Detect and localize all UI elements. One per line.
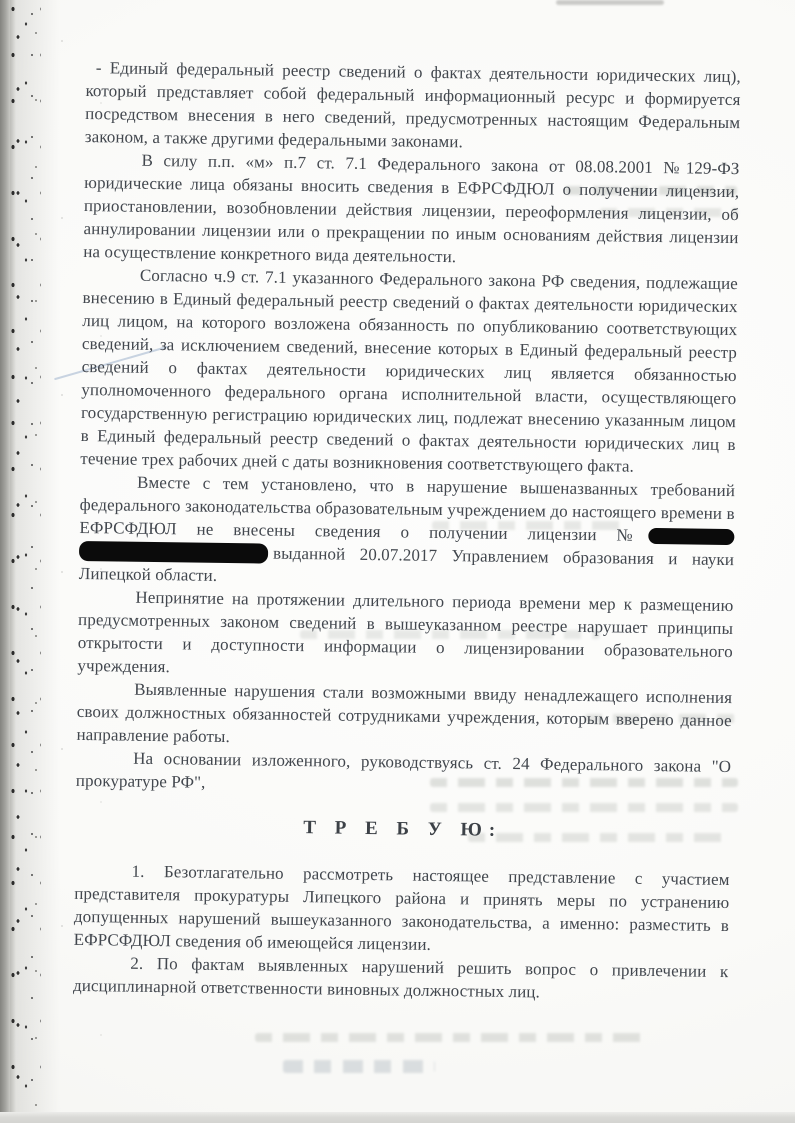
paragraph-article-7-1-part9: Согласно ч.9 ст. 7.1 указанного Федераль… — [80, 263, 738, 479]
paragraph-violation-found: Вместе с тем установлено, что в нарушени… — [79, 470, 736, 594]
paragraph-cause-of-violations: Выявленные нарушения стали возможными вв… — [76, 677, 732, 755]
top-edge-smudge — [556, 0, 664, 5]
scanned-document-page: - Единый федеральный реестр сведений о ф… — [0, 0, 795, 1123]
bleed-through-smudge — [283, 1060, 435, 1073]
document-body: - Единый федеральный реестр сведений о ф… — [73, 56, 741, 1006]
demand-item-2: 2. По фактам выявленных нарушений решить… — [73, 951, 729, 1006]
violation-text-before-redaction: Вместе с тем установлено, что в нарушени… — [79, 473, 735, 545]
demand-item-1: 1. Безотлагательно рассмотреть настоящее… — [74, 859, 730, 960]
demand-heading: Т Р Е Б У Ю: — [75, 813, 730, 845]
bleed-through-smudge — [255, 1033, 645, 1042]
redaction-box-org-name — [79, 541, 268, 564]
paragraph-legal-basis: На основании изложенного, руководствуясь… — [76, 746, 732, 801]
scan-edge-bottom-band — [0, 1112, 795, 1123]
redaction-box-license-number — [648, 528, 734, 545]
paragraph-registry-definition: - Единый федеральный реестр сведений о ф… — [85, 56, 741, 157]
paragraph-nonaction-consequences: Непринятие на протяжении длительного пер… — [77, 585, 733, 686]
binding-perforation-speckles — [5, 0, 41, 1106]
paragraph-law-129fz-duty: В силу п.п. «м» п.7 ст. 7.1 Федерального… — [83, 148, 740, 272]
